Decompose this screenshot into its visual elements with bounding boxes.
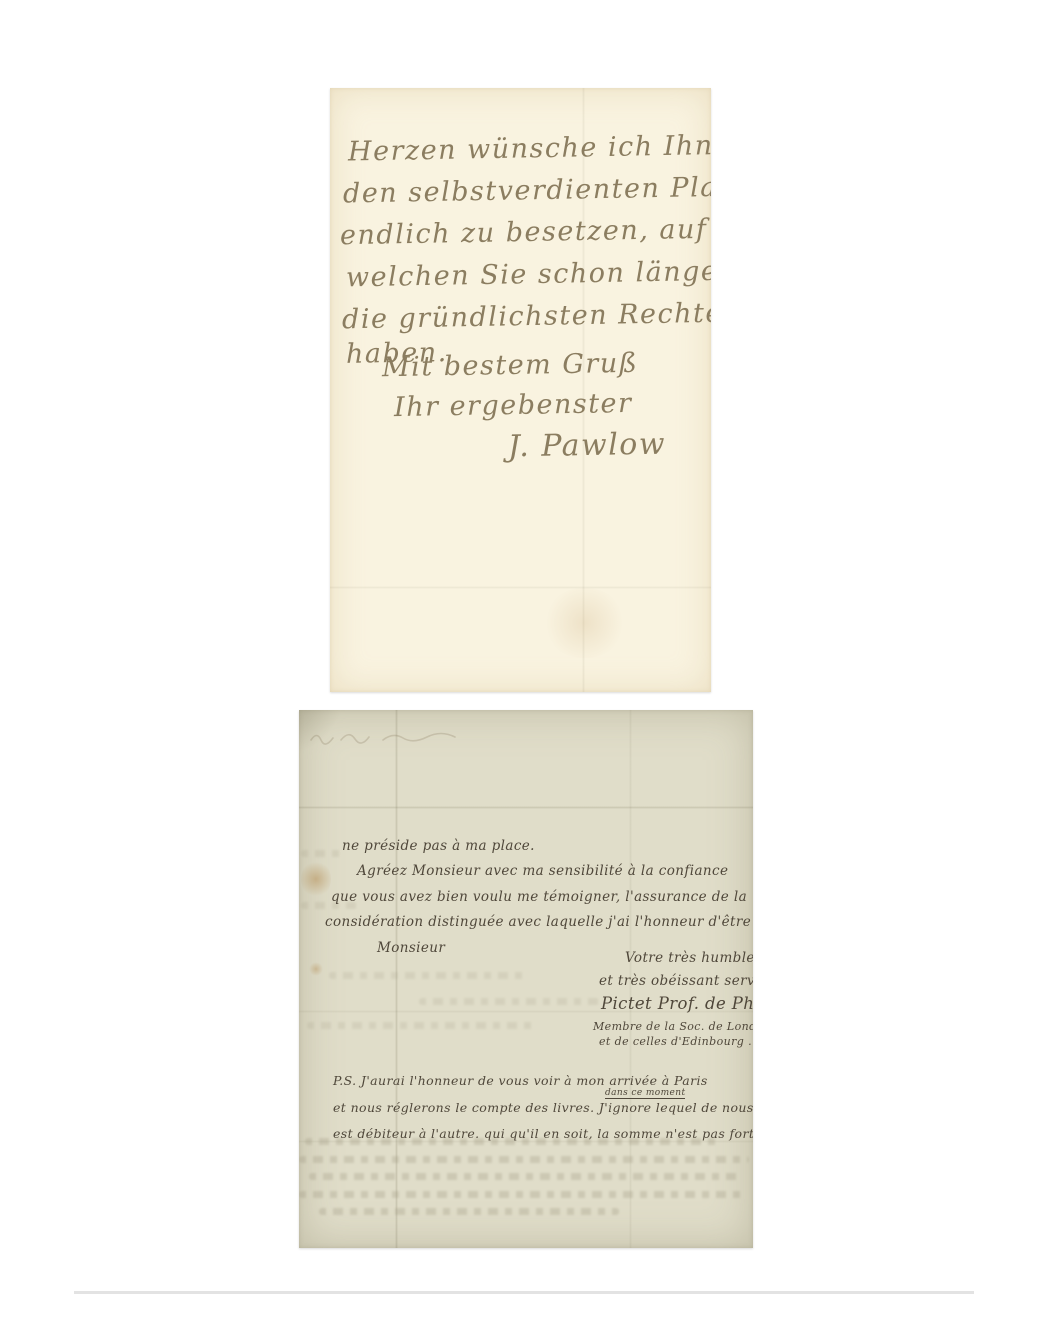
bleed-through-line [419, 998, 599, 1005]
postscript-line: P.S. J'aurai l'honneur de vous voir à mo… [333, 1073, 708, 1088]
bleed-through-line [319, 1208, 619, 1215]
postscript-line: et nous réglerons le compte des livres. … [333, 1100, 753, 1115]
handwritten-line: ne préside pas à ma place. [342, 838, 535, 854]
handwritten-line: que vous avez bien voulu me témoigner, l… [331, 889, 747, 905]
handwritten-line: considération distinguée avec laquelle j… [325, 914, 751, 930]
signature: J. Pawlow [508, 427, 667, 465]
handwritten-line: welchen Sie schon länger [346, 256, 711, 294]
closing-line: Votre très humble [625, 950, 753, 966]
closing-line: et très obéissant serviteur [599, 973, 753, 989]
paper-stain [309, 962, 323, 976]
bleed-through-line [309, 1173, 742, 1180]
faded-inscription [307, 724, 487, 750]
bleed-through-line [307, 1022, 537, 1029]
handwritten-line: endlich zu besetzen, auf [340, 214, 708, 251]
paper-crease [299, 806, 753, 809]
signature-affiliation: et de celles d'Edinbourg . [599, 1035, 752, 1048]
german-letter-scan: Herzen wünsche ich Ihnen den selbstverdi… [330, 88, 711, 692]
closing-line: Ihr ergebenster [394, 388, 633, 423]
signature: Pictet Prof. de Phil. [601, 994, 753, 1013]
page-divider [74, 1291, 974, 1294]
salutation: Monsieur [377, 940, 445, 956]
postscript-insertion: dans ce moment [605, 1088, 685, 1099]
paper-stain [301, 860, 331, 898]
bleed-through-line [299, 1156, 749, 1163]
bleed-through-line [299, 1191, 747, 1198]
bleed-through-line [329, 972, 529, 979]
paper-stain [542, 588, 627, 658]
handwritten-line: den selbstverdienten Platz [343, 171, 711, 209]
paper-crease [330, 586, 711, 589]
page: { "colors": { "page_bg": "#ffffff", "div… [0, 0, 1040, 1338]
french-letter-scan: ne préside pas à ma place. Agréez Monsie… [299, 710, 753, 1248]
handwritten-line: Agréez Monsieur avec ma sensibilité à la… [357, 863, 728, 879]
bleed-through-line [301, 850, 345, 857]
paper-crease [395, 710, 398, 1248]
handwritten-line: Herzen wünsche ich Ihnen [348, 129, 711, 167]
handwritten-line: die gründlichsten Rechte [342, 298, 711, 336]
signature-affiliation: Membre de la Soc. de Londres [593, 1020, 753, 1033]
closing-line: Mit bestem Gruß [382, 348, 639, 383]
postscript-line: est débiteur à l'autre. qui qu'il en soi… [333, 1126, 753, 1141]
